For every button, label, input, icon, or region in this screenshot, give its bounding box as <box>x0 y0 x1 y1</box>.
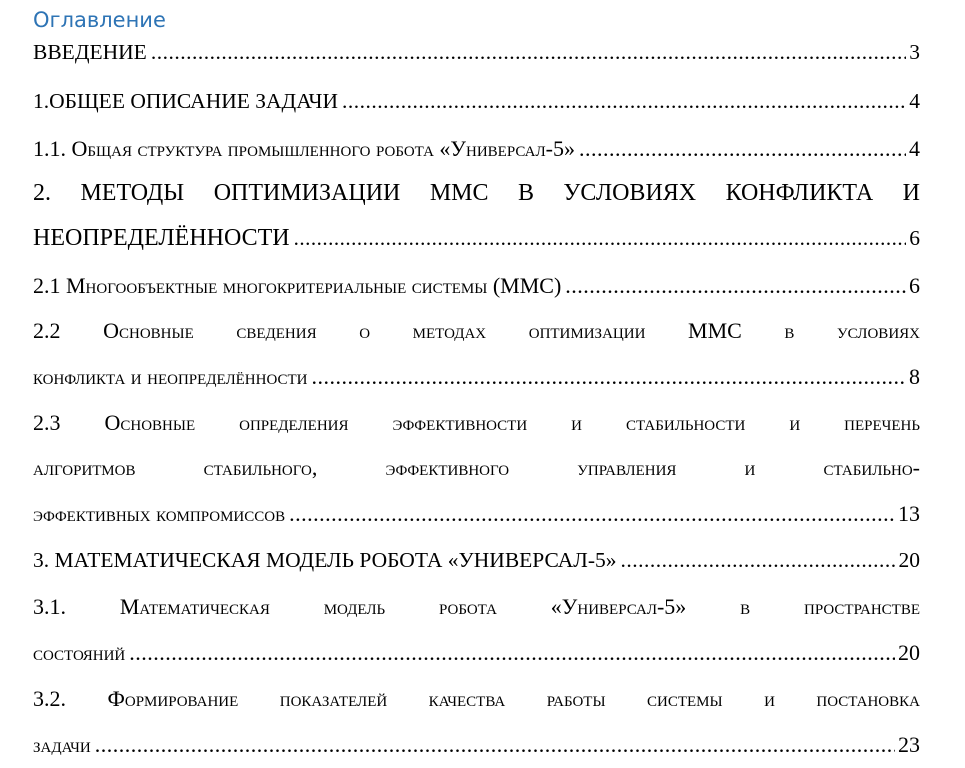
toc-entry-title-line-2: задачи <box>33 732 91 758</box>
dot-leader <box>565 273 906 299</box>
toc-entry-section-1[interactable]: 1.ОБЩЕЕ ОПИСАНИЕ ЗАДАЧИ 4 <box>33 89 920 129</box>
dot-leader <box>95 732 895 758</box>
toc-page-number: 20 <box>899 548 921 573</box>
toc-entry-title-line-3: эффективных компромиссов <box>33 501 285 527</box>
toc-entry-title-line-1: 2.2 Основные сведения о методах оптимиза… <box>33 318 920 343</box>
toc-entry-title: 2.1 Многообъектные многокритериальные си… <box>33 273 561 299</box>
toc-page-number: 8 <box>909 364 920 390</box>
dot-leader <box>342 89 906 114</box>
dot-leader <box>621 548 896 573</box>
toc-entry-title-line-2: НЕОПРЕДЕЛЁННОСТИ <box>33 225 290 252</box>
toc-page-number: 20 <box>898 640 920 666</box>
toc-entry-title-line-1: 2. МЕТОДЫ ОПТИМИЗАЦИИ ММС В УСЛОВИЯХ КОН… <box>33 180 920 206</box>
toc-entry-section-2[interactable]: 2. МЕТОДЫ ОПТИМИЗАЦИИ ММС В УСЛОВИЯХ КОН… <box>33 180 920 270</box>
dot-leader <box>579 136 906 162</box>
dot-leader <box>151 40 906 65</box>
toc-entry-title-line-1: 2.3 Основные определения эффективности и… <box>33 410 920 435</box>
toc-page-number: 4 <box>909 89 920 114</box>
toc-page-number: 6 <box>909 273 920 299</box>
toc-page-number: 6 <box>909 226 920 251</box>
toc-entry-title-line-2: конфликта и неопределённости <box>33 364 308 390</box>
toc-page-number: 4 <box>909 136 920 162</box>
toc-entry-title-line-1: 3.1. Математическая модель робота «Униве… <box>33 594 920 619</box>
toc-entry-section-3-1[interactable]: 3.1. Математическая модель робота «Униве… <box>33 594 920 684</box>
toc-page-number: 13 <box>898 501 920 527</box>
toc-entry-section-2-3[interactable]: 2.3 Основные определения эффективности и… <box>33 410 920 540</box>
toc-entry-title: 1.1. Общая структура промышленного робот… <box>33 136 575 162</box>
toc-entry-title: 1.ОБЩЕЕ ОПИСАНИЕ ЗАДАЧИ <box>33 89 338 114</box>
dot-leader <box>294 226 907 251</box>
toc-entry-title: 3. МАТЕМАТИЧЕСКАЯ МОДЕЛЬ РОБОТА «УНИВЕРС… <box>33 548 617 573</box>
dot-leader <box>312 364 907 390</box>
toc-heading: Оглавление <box>33 6 920 36</box>
dot-leader <box>289 501 895 527</box>
toc-entry-section-3[interactable]: 3. МАТЕМАТИЧЕСКАЯ МОДЕЛЬ РОБОТА «УНИВЕРС… <box>33 548 920 588</box>
toc-page-number: 23 <box>898 732 920 758</box>
toc-entry-title-line-2: алгоритмов стабильного, эффективного упр… <box>33 455 920 480</box>
toc-entry-section-2-2[interactable]: 2.2 Основные сведения о методах оптимиза… <box>33 318 920 408</box>
toc-entry-title: ВВЕДЕНИЕ <box>33 40 147 65</box>
toc-entry-title-line-2: состояний <box>33 640 125 666</box>
toc-page-number: 3 <box>909 40 920 65</box>
dot-leader <box>129 640 895 666</box>
document-page: Оглавление ВВЕДЕНИЕ 3 1.ОБЩЕЕ ОПИСАНИЕ З… <box>33 0 920 36</box>
toc-entry-introduction[interactable]: ВВЕДЕНИЕ 3 <box>33 40 920 80</box>
toc-entry-section-1-1[interactable]: 1.1. Общая структура промышленного робот… <box>33 136 920 176</box>
toc-entry-title-line-1: 3.2. Формирование показателей качества р… <box>33 686 920 711</box>
toc-entry-section-3-2[interactable]: 3.2. Формирование показателей качества р… <box>33 686 920 768</box>
toc-entry-section-2-1[interactable]: 2.1 Многообъектные многокритериальные си… <box>33 273 920 313</box>
